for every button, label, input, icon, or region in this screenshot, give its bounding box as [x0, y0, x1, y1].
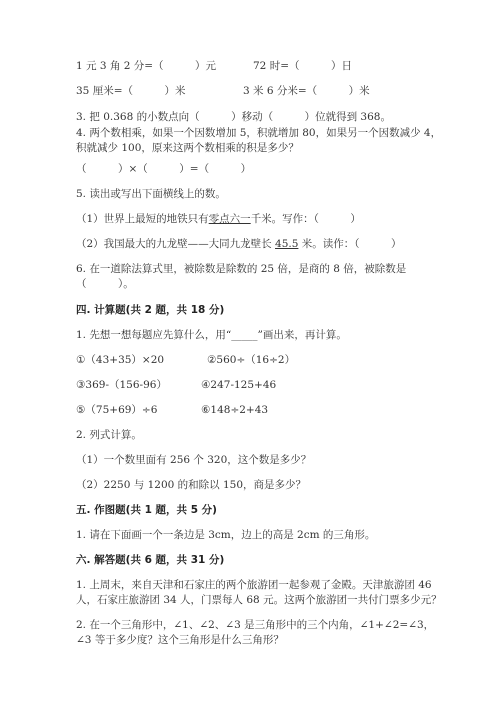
calc-item-5: ⑤（75+69）÷6 [76, 403, 157, 417]
section-5-question-1: 1. 请在下面画一个一条边是 3cm，边上的高是 2cm 的三角形。 [76, 528, 375, 542]
section-4-question-2-2: （2）2250 与 1200 的和除以 150，商是多少？ [76, 478, 306, 492]
section-6-question-1-line1: 1. 上周末，来自天津和石家庄的两个旅游团一起参观了金殿。天津旅游团 46 [76, 578, 432, 592]
item-2-prefix: （2）我国最大的九龙壁——大同九龙壁长 [76, 238, 275, 250]
question-3: 3. 把 0.368 的小数点向（ ）移动（ ）位就得到 368。 [76, 110, 391, 124]
conversion-2: 72 时=（ ）日 [253, 59, 352, 73]
item-1-underlined: 零点六一 [209, 213, 251, 225]
section-6-question-1-line2: 人，石家庄旅游团 34 人，门票每人 68 元。这两个旅游团一共付门票多少元？ [76, 593, 442, 607]
section-6-question-2-line1: 2. 在一个三角形中，∠1、∠2、∠3 是三角形中的三个内角，∠1+∠2=∠3， [76, 618, 434, 632]
section-6-heading: 六. 解答题(共 6 题，共 31 分) [76, 553, 224, 567]
question-4-answer-blank: （ ）×（ ）=（ ） [76, 162, 251, 176]
question-5-item-1: （1）世界上最短的地铁只有零点六一千米。写作：（ ） [76, 212, 361, 226]
question-5-item-2: （2）我国最大的九龙壁——大同九龙壁长 45.5 米。读作：（ ） [76, 237, 402, 251]
item-2-underlined: 45.5 [275, 238, 298, 250]
calc-item-4: ④247-125+46 [201, 378, 276, 392]
question-5-title: 5. 读出或写出下面横线上的数。 [76, 187, 226, 201]
conversion-3: 35 厘米=（ ）米 [76, 84, 186, 98]
calc-item-1: ①（43+35）×20 [76, 353, 164, 367]
item-1-prefix: （1）世界上最短的地铁只有 [76, 213, 209, 225]
item-2-suffix: 米。读作：（ ） [298, 238, 401, 250]
section-5-heading: 五. 作图题(共 1 题，共 5 分) [76, 503, 217, 517]
calc-item-6: ⑥148÷2+43 [201, 403, 268, 417]
calc-item-2: ②560÷（16÷2） [207, 353, 295, 367]
section-4-question-2-1: （1）一个数里面有 256 个 320，这个数是多少？ [76, 453, 311, 467]
question-4-line1: 4. 两个数相乘，如果一个因数增加 5，积就增加 80，如果另一个因数减少 4， [76, 126, 441, 140]
section-6-question-2-line2: ∠3 等于多少度？这个三角形是什么三角形？ [76, 633, 284, 647]
conversion-1: 1 元 3 角 2 分=（ ）元 [76, 59, 216, 73]
section-4-question-1: 1. 先想一想每题应先算什么，用“_____”画出来，再计算。 [76, 328, 347, 342]
section-4-question-2: 2. 列式计算。 [76, 428, 142, 442]
section-4-heading: 四. 计算题(共 2 题，共 18 分) [76, 303, 224, 317]
question-6-line1: 6. 在一道除法算式里，被除数是除数的 25 倍，是商的 8 倍，被除数是 [76, 262, 406, 276]
question-4-line2: 积就减少 100，原来这两个数相乘的积是多少？ [76, 141, 299, 155]
question-6-line2: （ ）。 [76, 277, 134, 291]
conversion-4: 3 米 6 分米=（ ）米 [243, 84, 370, 98]
item-1-suffix: 千米。写作：（ ） [251, 213, 361, 225]
calc-item-3: ③369-（156-96） [76, 378, 167, 392]
